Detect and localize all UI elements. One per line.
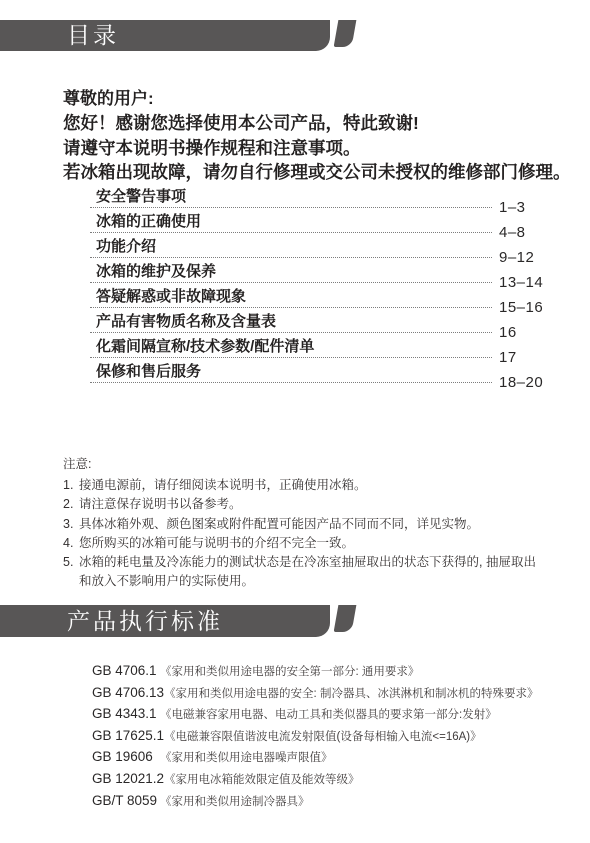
toc-item-pages: 4–8 xyxy=(499,224,526,241)
note-number: 3. xyxy=(63,515,79,534)
toc-row: 功能介绍 9–12 xyxy=(90,233,492,258)
note-item: 5. 冰箱的耗电量及冷冻能力的测试状态是在冷冻室抽屉取出的状态下获得的, 抽屉取… xyxy=(63,553,546,592)
note-text: 冰箱的耗电量及冷冻能力的测试状态是在冷冻室抽屉取出的状态下获得的, 抽屉取出和放… xyxy=(79,553,546,592)
standard-code: GB 4706.13 xyxy=(92,685,164,700)
greeting-salutation: 尊敬的用户: xyxy=(63,86,573,111)
standard-item: GB 4706.13 《家用和类似用途电器的安全: 制冷器具、冰淇淋机和制冰机的… xyxy=(92,685,562,707)
toc-item-pages: 13–14 xyxy=(499,274,543,291)
standard-title: 《家用和类似用途电器的安全第一部分: 通用要求》 xyxy=(160,663,419,679)
note-number: 5. xyxy=(63,553,79,592)
standard-code: GB/T 8059 xyxy=(92,793,160,808)
greeting-line: 请遵守本说明书操作规程和注意事项。 xyxy=(63,136,573,161)
toc-row: 化霜间隔宣称/技术参数/配件清单 17 xyxy=(90,333,492,358)
standard-item: GB 19606 《家用和类似用途电器噪声限值》 xyxy=(92,749,562,771)
toc-item-label: 安全警告事项 xyxy=(96,185,186,206)
manual-page: 目录 尊敬的用户: 您好！感谢您选择使用本公司产品，特此致谢! 请遵守本说明书操… xyxy=(0,0,590,843)
notes-block: 注意: 1. 接通电源前，请仔细阅读本说明书，正确使用冰箱。 2. 请注意保存说… xyxy=(63,455,546,592)
standard-item: GB 4343.1 《电磁兼容家用电器、电动工具和类似器具的要求第一部分:发射》 xyxy=(92,706,562,728)
toc-row: 冰箱的维护及保养 13–14 xyxy=(90,258,492,283)
note-item: 2. 请注意保存说明书以备参考。 xyxy=(63,495,546,514)
toc-item-label: 冰箱的维护及保养 xyxy=(96,260,216,281)
note-text: 请注意保存说明书以备参考。 xyxy=(79,495,546,514)
standard-code: GB 4343.1 xyxy=(92,706,160,721)
note-text: 接通电源前，请仔细阅读本说明书，正确使用冰箱。 xyxy=(79,476,546,495)
standard-title: 《电磁兼容家用电器、电动工具和类似器具的要求第一部分:发射》 xyxy=(160,706,497,722)
header-tail-shape xyxy=(334,20,357,47)
standard-item: GB 12021.2 《家用电冰箱能效限定值及能效等级》 xyxy=(92,771,562,793)
note-item: 3. 具体冰箱外观、颜色图案或附件配置可能因产品不同而不同，详见实物。 xyxy=(63,515,546,534)
standards-section-title: 产品执行标准 xyxy=(67,605,330,637)
toc-item-pages: 17 xyxy=(499,349,517,366)
toc-item-label: 冰箱的正确使用 xyxy=(96,210,201,231)
standard-title: 《家用和类似用途电器的安全: 制冷器具、冰淇淋机和制冰机的特殊要求》 xyxy=(164,685,538,701)
standard-title: 《家用电冰箱能效限定值及能效等级》 xyxy=(164,771,360,787)
standard-item: GB/T 8059 《家用和类似用途制冷器具》 xyxy=(92,793,562,815)
standard-item: GB 4706.1 《家用和类似用途电器的安全第一部分: 通用要求》 xyxy=(92,663,562,685)
note-text: 您所购买的冰箱可能与说明书的介绍不完全一致。 xyxy=(79,534,546,553)
standard-code: GB 17625.1 xyxy=(92,728,164,743)
standard-item: GB 17625.1 《电磁兼容限值谐波电流发射限值(设备每相输入电流<=16A… xyxy=(92,728,562,750)
note-text: 具体冰箱外观、颜色图案或附件配置可能因产品不同而不同，详见实物。 xyxy=(79,515,546,534)
toc-item-label: 化霜间隔宣称/技术参数/配件清单 xyxy=(96,335,314,356)
toc-row: 安全警告事项 1–3 xyxy=(90,183,492,208)
toc-item-label: 保修和售后服务 xyxy=(96,360,201,381)
greeting-block: 尊敬的用户: 您好！感谢您选择使用本公司产品，特此致谢! 请遵守本说明书操作规程… xyxy=(63,86,573,185)
standard-title: 《电磁兼容限值谐波电流发射限值(设备每相输入电流<=16A)》 xyxy=(164,728,482,744)
standard-title: 《家用和类似用途电器噪声限值》 xyxy=(160,749,333,765)
toc-row: 答疑解惑或非故障现象 15–16 xyxy=(90,283,492,308)
toc-section-title: 目录 xyxy=(67,20,330,51)
toc-item-pages: 9–12 xyxy=(499,249,534,266)
greeting-line: 若冰箱出现故障，请勿自行修理或交公司未授权的维修部门修理。 xyxy=(63,160,573,185)
notes-title: 注意: xyxy=(63,455,546,474)
note-number: 2. xyxy=(63,495,79,514)
header-tail-shape xyxy=(334,605,357,632)
note-item: 1. 接通电源前，请仔细阅读本说明书，正确使用冰箱。 xyxy=(63,476,546,495)
standards-list: GB 4706.1 《家用和类似用途电器的安全第一部分: 通用要求》 GB 47… xyxy=(92,663,562,814)
standard-code: GB 12021.2 xyxy=(92,771,164,786)
toc-item-label: 功能介绍 xyxy=(96,235,156,256)
standard-code: GB 4706.1 xyxy=(92,663,160,678)
toc-item-pages: 1–3 xyxy=(499,199,526,216)
toc-item-pages: 15–16 xyxy=(499,299,543,316)
note-number: 4. xyxy=(63,534,79,553)
toc-row: 保修和售后服务 18–20 xyxy=(90,358,492,383)
toc-item-pages: 16 xyxy=(499,324,517,341)
table-of-contents: 安全警告事项 1–3 冰箱的正确使用 4–8 功能介绍 9–12 冰箱的维护及保… xyxy=(90,183,492,383)
greeting-line: 您好！感谢您选择使用本公司产品，特此致谢! xyxy=(63,111,573,136)
toc-section-header: 目录 xyxy=(0,20,330,51)
standards-section-header: 产品执行标准 xyxy=(0,605,330,637)
note-item: 4. 您所购买的冰箱可能与说明书的介绍不完全一致。 xyxy=(63,534,546,553)
toc-row: 产品有害物质名称及含量表 16 xyxy=(90,308,492,333)
standard-code: GB 19606 xyxy=(92,749,160,764)
toc-item-label: 产品有害物质名称及含量表 xyxy=(96,310,276,331)
toc-item-label: 答疑解惑或非故障现象 xyxy=(96,285,246,306)
standard-title: 《家用和类似用途制冷器具》 xyxy=(160,793,310,809)
toc-row: 冰箱的正确使用 4–8 xyxy=(90,208,492,233)
toc-item-pages: 18–20 xyxy=(499,374,543,391)
note-number: 1. xyxy=(63,476,79,495)
